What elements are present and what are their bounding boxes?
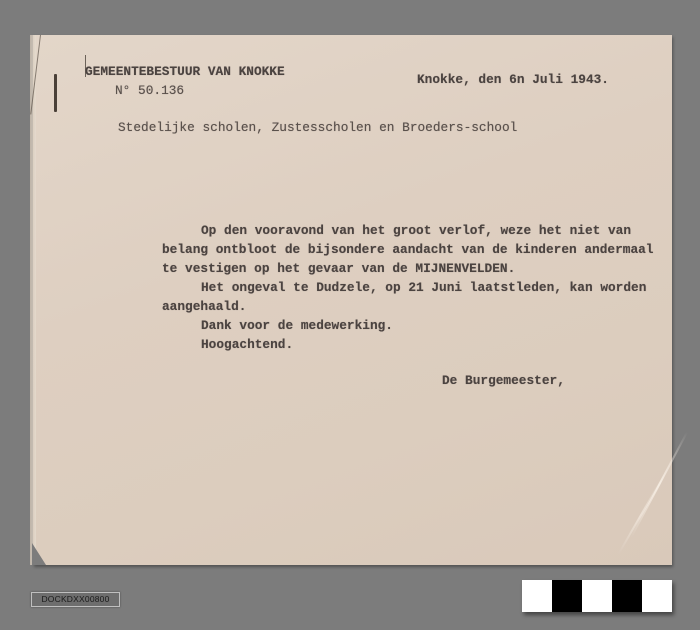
body-line: belang ontbloot de bijsondere aandacht v… [162, 243, 653, 257]
staple-mark [54, 74, 57, 112]
body-line: Het ongeval te Dudzele, op 21 Juni laats… [201, 281, 646, 295]
scan-color-calibration-bar [522, 580, 672, 612]
body-line: Hoogachtend. [201, 338, 293, 352]
calibration-swatch [582, 580, 612, 612]
place-date: Knokke, den 6n Juli 1943. [417, 73, 609, 87]
body-line: Dank voor de medewerking. [201, 319, 393, 333]
torn-edge-mark [30, 35, 41, 115]
paper-crease [618, 476, 665, 555]
scanned-letter: GEMEENTEBESTUUR VAN KNOKKE N° 50.136 Kno… [33, 35, 672, 565]
body-line: Op den vooravond van het groot verlof, w… [201, 224, 631, 238]
archive-id-label: DOCKDXX00800 [31, 592, 120, 607]
recipients-line: Stedelijke scholen, Zustesscholen en Bro… [118, 121, 517, 135]
calibration-swatch [642, 580, 672, 612]
calibration-swatch [552, 580, 582, 612]
calibration-swatch [612, 580, 642, 612]
body-line: aangehaald. [162, 300, 246, 314]
body-line: te vestigen op het gevaar van de MIJNENV… [162, 262, 515, 276]
calibration-swatch [522, 580, 552, 612]
reference-number: N° 50.136 [115, 84, 184, 98]
signature-line: De Burgemeester, [442, 374, 565, 388]
issuer-heading: GEMEENTEBESTUUR VAN KNOKKE [85, 65, 285, 79]
paper-crease [630, 432, 688, 539]
